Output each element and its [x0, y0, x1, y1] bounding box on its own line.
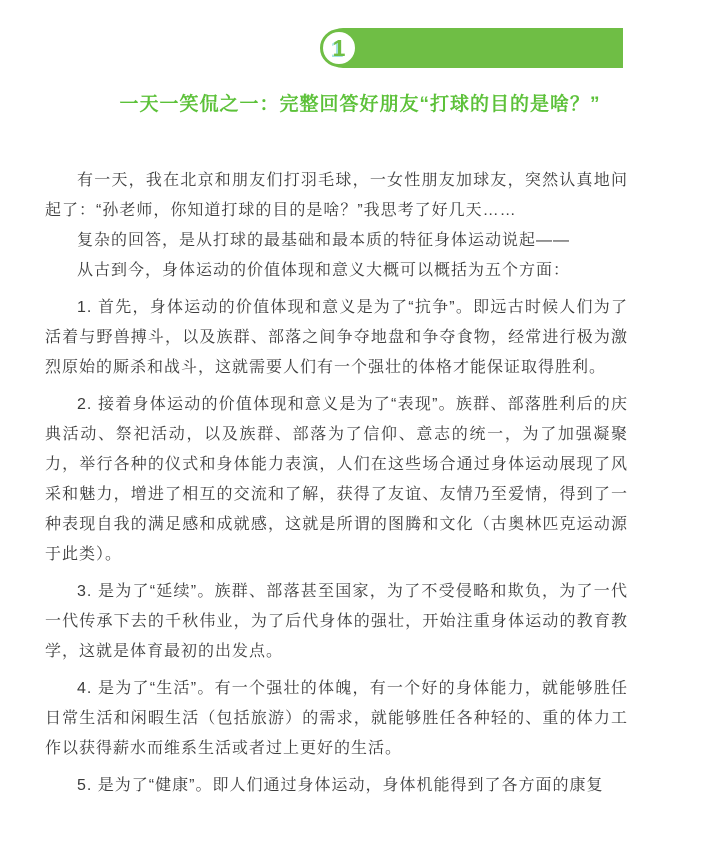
paragraph-item-5: 5. 是为了“健康”。即人们通过身体运动，身体机能得到了各方面的康复	[45, 771, 628, 801]
article-body: 有一天，我在北京和朋友们打羽毛球，一女性朋友加球友，突然认真地问起了：“孙老师，…	[45, 166, 628, 801]
section-green-bar	[323, 28, 623, 68]
section-number: 1	[333, 37, 346, 60]
paragraph: 从古到今，身体运动的价值体现和意义大概可以概括为五个方面：	[45, 256, 628, 286]
section-number-badge: 1	[320, 29, 358, 67]
paragraph: 有一天，我在北京和朋友们打羽毛球，一女性朋友加球友，突然认真地问起了：“孙老师，…	[45, 166, 628, 226]
paragraph: 复杂的回答，是从打球的最基础和最本质的特征身体运动说起——	[45, 226, 628, 256]
paragraph-item-3: 3. 是为了“延续”。族群、部落甚至国家，为了不受侵略和欺负，为了一代一代传承下…	[45, 577, 628, 667]
paragraph-item-4: 4. 是为了“生活”。有一个强壮的体魄，有一个好的身体能力，就能够胜任日常生活和…	[45, 674, 628, 764]
paragraph-item-1: 1. 首先，身体运动的价值体现和意义是为了“抗争”。即远古时候人们为了活着与野兽…	[45, 293, 628, 383]
paragraph-item-2: 2. 接着身体运动的价值体现和意义是为了“表现”。族群、部落胜利后的庆典活动、祭…	[45, 390, 628, 570]
document-page: 1 一天一笑侃之一：完整回答好朋友“打球的目的是啥？” 有一天，我在北京和朋友们…	[0, 0, 720, 868]
section-header-bar: 1	[320, 28, 623, 68]
page-title: 一天一笑侃之一：完整回答好朋友“打球的目的是啥？”	[0, 92, 720, 118]
